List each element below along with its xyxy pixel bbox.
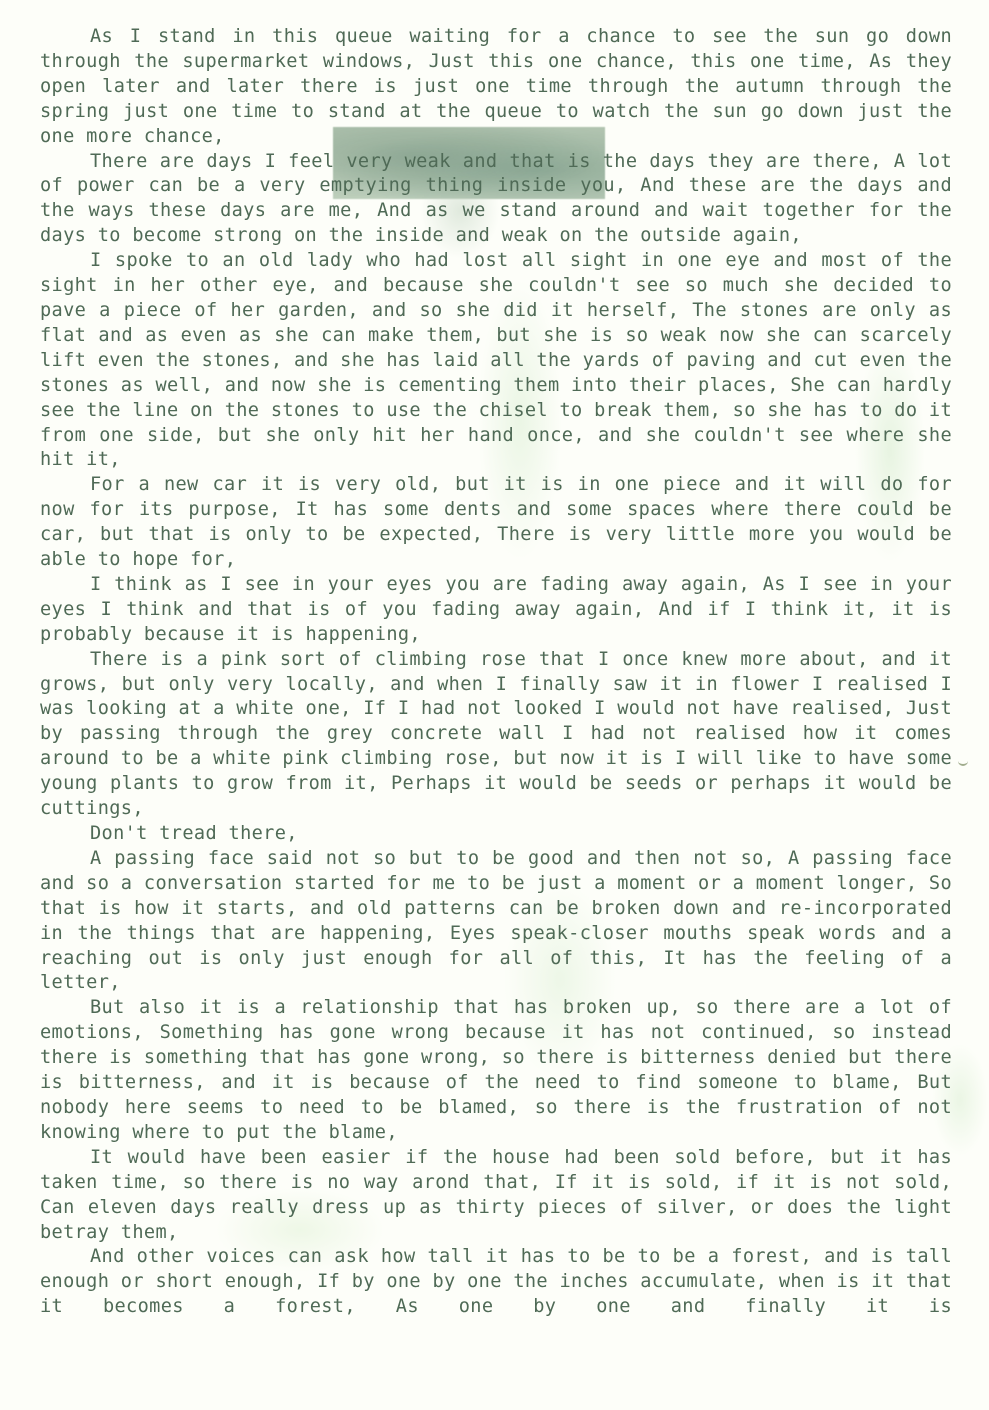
paragraph-weak-days: There are days I feel very weak and that… xyxy=(40,150,952,250)
paragraph-house-sold: It would have been easier if the house h… xyxy=(40,1146,952,1246)
paragraph-climbing-rose: There is a pink sort of climbing rose th… xyxy=(40,648,952,822)
scanned-page: As I stand in this queue waiting for a c… xyxy=(0,0,989,1410)
paragraph-queue: As I stand in this queue waiting for a c… xyxy=(40,25,952,150)
paragraph-old-car: For a new car it is very old, but it is … xyxy=(40,473,952,573)
ink-mark xyxy=(958,760,968,766)
paragraph-forest: And other voices can ask how tall it has… xyxy=(40,1245,952,1320)
paragraph-dont-tread: Don't tread there, xyxy=(40,822,952,847)
paragraph-passing-face: A passing face said not so but to be goo… xyxy=(40,847,952,996)
paragraph-fading: I think as I see in your eyes you are fa… xyxy=(40,573,952,648)
paragraph-relationship: But also it is a relationship that has b… xyxy=(40,996,952,1145)
paragraph-old-lady: I spoke to an old lady who had lost all … xyxy=(40,249,952,473)
typewritten-body: As I stand in this queue waiting for a c… xyxy=(40,25,952,1320)
